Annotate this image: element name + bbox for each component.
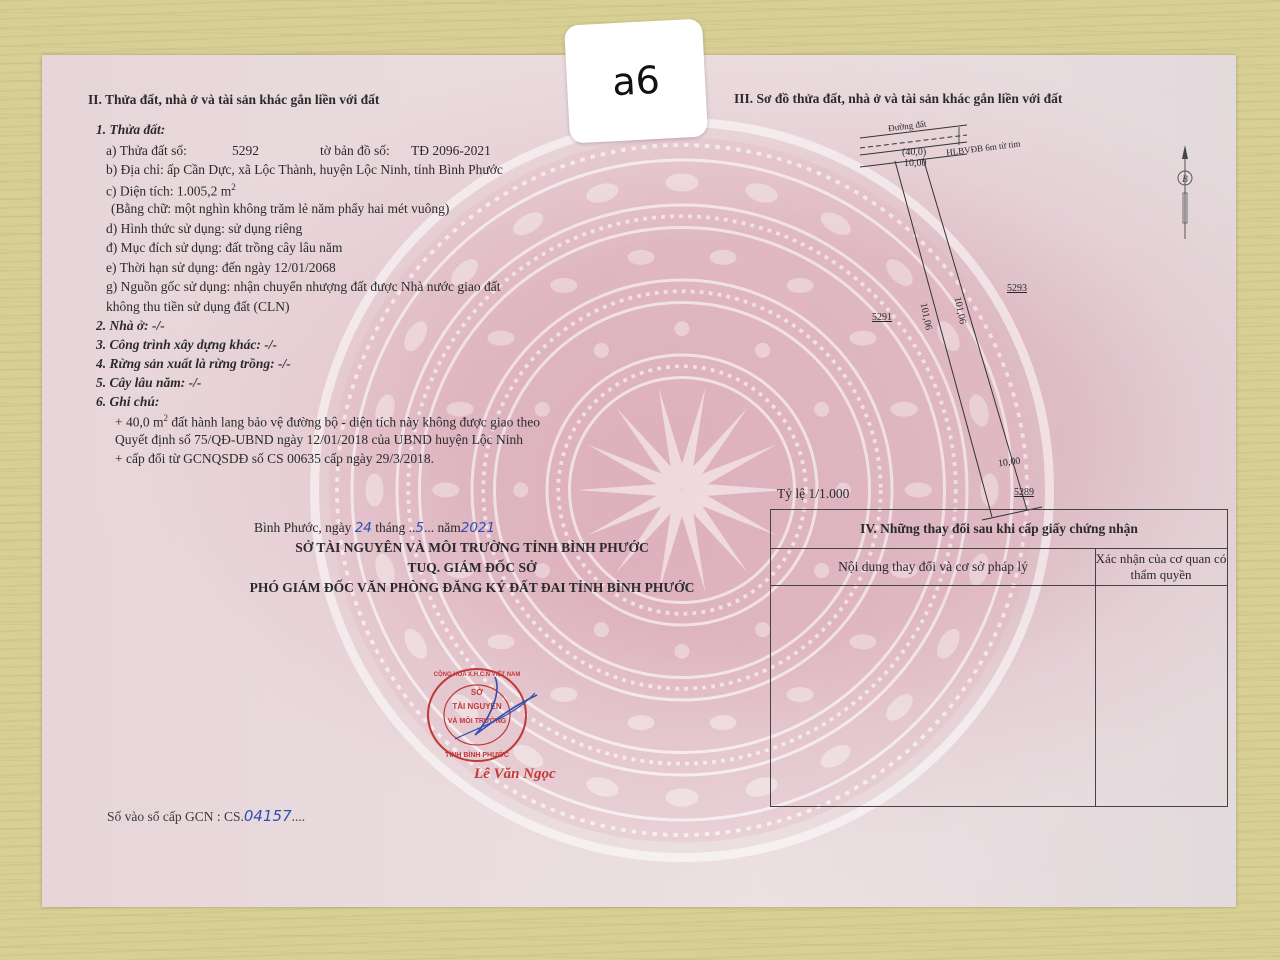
area: c) Diện tích: 1.005,2 m2 [106,182,236,200]
confirmation-column-header: Xác nhận của cơ quan có thẩm quyền [1095,549,1227,586]
note-line-2: Quyết định số 75/QĐ-UBND ngày 12/01/2018… [115,432,523,448]
place-date: Bình Phước, ngày 24 tháng ..5... năm2021 [254,520,495,536]
map-sheet-number: TĐ 2096-2021 [411,143,491,159]
map-scale: Tỷ lệ 1/1.000 [777,486,849,502]
handwritten-month: 5 [415,520,424,536]
svg-text:CỘNG HÒA X.H.C.N VIỆT NAM: CỘNG HÒA X.H.C.N VIỆT NAM [434,670,521,678]
notes-heading: 6. Ghi chú: [96,394,159,410]
note-line-1: + 40,0 m2 đất hành lang bảo vệ đường bộ … [115,413,540,431]
use-purpose: đ) Mục đích sử dụng: đất trồng cây lâu n… [106,240,342,256]
origin-line-1: g) Nguồn gốc sử dụng: nhận chuyển nhượng… [106,279,500,295]
section-4-title: IV. Những thay đổi sau khi cấp giấy chứn… [771,510,1227,549]
signer-name: Lê Văn Ngọc [474,766,556,783]
use-form: d) Hình thức sử dụng: sử dụng riêng [106,221,302,237]
changes-table: IV. Những thay đổi sau khi cấp giấy chứn… [770,509,1228,807]
parcel-number-label: a) Thửa đất số: [106,143,187,159]
svg-text:TỈNH BÌNH PHƯỚC: TỈNH BÌNH PHƯỚC [445,750,509,759]
use-term: e) Thời hạn sử dụng: đến ngày 12/01/2068 [106,260,336,276]
note-line-3: + cấp đổi từ GCNQSDĐ số CS 00635 cấp ngà… [115,451,434,467]
perennial-trees: 5. Cây lâu năm: -/- [96,375,201,391]
corridor-area: (40,0) [902,147,926,158]
address: b) Địa chỉ: ấp Cần Dực, xã Lộc Thành, hu… [106,162,503,178]
svg-text:B: B [1182,174,1188,184]
certificate-page: II. Thửa đất, nhà ở và tài sản khác gắn … [42,55,1236,907]
neighbor-right: 5293 [1007,283,1027,294]
label-card: a6 [564,18,708,143]
area-in-words: (Bằng chữ: một nghìn không trăm lẻ năm p… [111,201,449,217]
register-number: Số vào sổ cấp GCN : CS.04157.... [107,807,305,825]
confirmation-cell [1096,586,1227,806]
other-works: 3. Công trình xây dựng khác: -/- [96,337,277,353]
land-heading: 1. Thửa đất: [96,122,165,138]
parcel-number: 5292 [232,143,259,159]
section-3-title: III. Sơ đồ thửa đất, nhà ở và tài sản kh… [734,91,1062,107]
handwritten-register-value: 04157 [244,807,292,825]
changes-column-header: Nội dung thay đổi và cơ sở pháp lý [771,549,1096,586]
handwritten-year: 2021 [461,520,495,536]
issuing-org: SỞ TÀI NGUYÊN VÀ MÔI TRƯỜNG TỈNH BÌNH PH… [222,540,722,556]
house: 2. Nhà ở: -/- [96,318,165,334]
map-sheet-label: tờ bản đồ số: [320,143,390,159]
tuq-line: TUQ. GIÁM ĐỐC SỞ [222,560,722,576]
changes-cell [771,586,1096,806]
official-stamp: SỞ TÀI NGUYÊN VÀ MÔI TRƯỜNG TỈNH BÌNH PH… [425,665,540,765]
origin-line-2: không thu tiền sử dụng đất (CLN) [106,299,290,315]
svg-text:SỞ: SỞ [471,688,483,697]
neighbor-left: 5291 [872,312,892,323]
production-forest: 4. Rừng sản xuất là rừng trồng: -/- [96,356,291,372]
signer-position: PHÓ GIÁM ĐỐC VĂN PHÒNG ĐĂNG KÝ ĐẤT ĐAI T… [212,580,732,596]
north-arrow-icon: B [1172,145,1198,245]
section-2-title: II. Thửa đất, nhà ở và tài sản khác gắn … [88,92,379,108]
label-card-text: a6 [611,58,661,104]
width-top: 10,00 [904,158,927,169]
handwritten-day: 24 [355,520,372,536]
neighbor-bottom: 5289 [1014,487,1034,498]
